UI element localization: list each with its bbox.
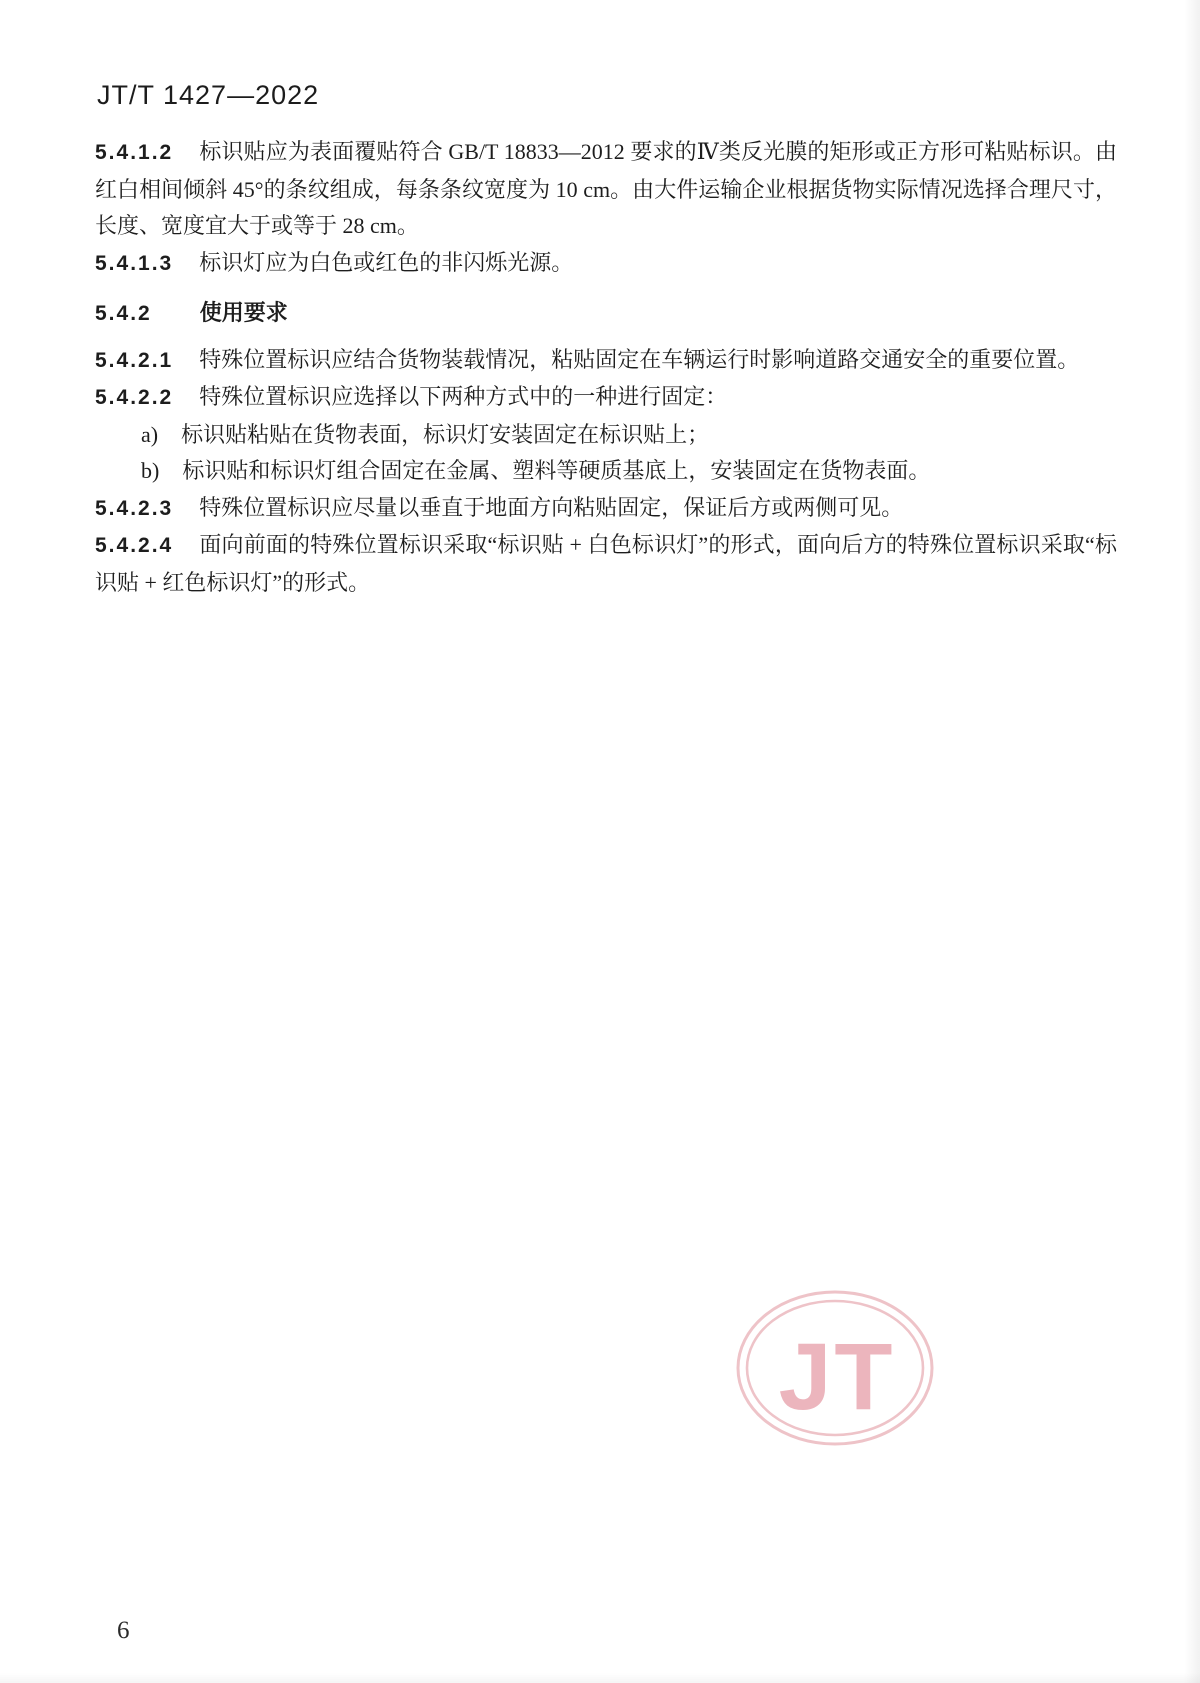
clause-text: 特殊位置标识应选择以下两种方式中的一种进行固定： bbox=[199, 384, 727, 409]
section-title: 使用要求 bbox=[200, 300, 288, 325]
list-item-a: a)标识贴粘贴在货物表面，标识灯安装固定在标识贴上； bbox=[95, 417, 1117, 454]
clause-number: 5.4.2.4 bbox=[95, 534, 173, 557]
standard-code-header: JT/T 1427—2022 bbox=[97, 80, 319, 111]
scan-edge-shadow-bottom bbox=[0, 1673, 1200, 1683]
clause-number: 5.4.1.2 bbox=[95, 141, 173, 164]
clause-text: 面向前面的特殊位置标识采取“标识贴 + 白色标识灯”的形式，面向后方的特殊位置标… bbox=[95, 532, 1117, 595]
clause-number: 5.4.2.2 bbox=[95, 386, 173, 409]
scan-edge-shadow-right bbox=[1184, 0, 1200, 1683]
clause-number: 5.4.2.1 bbox=[95, 349, 173, 372]
clause-number: 5.4.1.3 bbox=[95, 252, 173, 275]
clause-5-4-1-3: 5.4.1.3标识灯应为白色或红色的非闪烁光源。 bbox=[95, 245, 1117, 283]
clause-5-4-2-1: 5.4.2.1特殊位置标识应结合货物装载情况，粘贴固定在车辆运行时影响道路交通安… bbox=[95, 342, 1117, 380]
list-item-label: b) bbox=[141, 458, 159, 483]
document-body: 5.4.1.2标识贴应为表面覆贴符合 GB/T 18833—2012 要求的Ⅳ类… bbox=[95, 134, 1117, 601]
list-item-label: a) bbox=[141, 422, 158, 447]
section-heading-5-4-2: 5.4.2使用要求 bbox=[95, 295, 1117, 333]
clause-text: 特殊位置标识应尽量以垂直于地面方向粘贴固定，保证后方或两侧可见。 bbox=[199, 495, 903, 520]
list-item-text: 标识贴和标识灯组合固定在金属、塑料等硬质基底上，安装固定在货物表面。 bbox=[182, 458, 930, 483]
section-number: 5.4.2 bbox=[95, 302, 152, 325]
clause-number: 5.4.2.3 bbox=[95, 497, 173, 520]
document-page: JT/T 1427—2022 5.4.1.2标识贴应为表面覆贴符合 GB/T 1… bbox=[0, 0, 1200, 1683]
clause-text: 特殊位置标识应结合货物装载情况，粘贴固定在车辆运行时影响道路交通安全的重要位置。 bbox=[199, 347, 1079, 372]
clause-5-4-2-2: 5.4.2.2特殊位置标识应选择以下两种方式中的一种进行固定： bbox=[95, 379, 1117, 417]
list-item-text: 标识贴粘贴在货物表面，标识灯安装固定在标识贴上； bbox=[181, 422, 709, 447]
jt-logo-watermark: JT bbox=[735, 1289, 935, 1447]
jt-logo-letters: JT bbox=[779, 1324, 896, 1430]
clause-5-4-2-4: 5.4.2.4面向前面的特殊位置标识采取“标识贴 + 白色标识灯”的形式，面向后… bbox=[95, 527, 1117, 601]
page-number: 6 bbox=[117, 1617, 130, 1645]
clause-text: 标识灯应为白色或红色的非闪烁光源。 bbox=[199, 250, 573, 275]
clause-5-4-1-2: 5.4.1.2标识贴应为表面覆贴符合 GB/T 18833—2012 要求的Ⅳ类… bbox=[95, 134, 1117, 245]
list-item-b: b)标识贴和标识灯组合固定在金属、塑料等硬质基底上，安装固定在货物表面。 bbox=[95, 453, 1117, 490]
clause-text: 标识贴应为表面覆贴符合 GB/T 18833—2012 要求的Ⅳ类反光膜的矩形或… bbox=[95, 139, 1117, 238]
clause-5-4-2-3: 5.4.2.3特殊位置标识应尽量以垂直于地面方向粘贴固定，保证后方或两侧可见。 bbox=[95, 490, 1117, 528]
